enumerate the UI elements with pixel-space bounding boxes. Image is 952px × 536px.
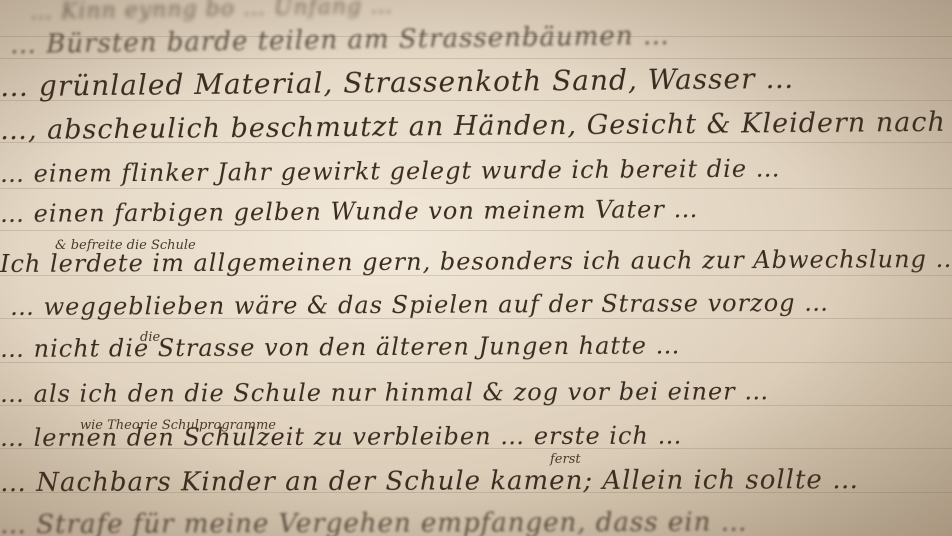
manuscript-line: … Strafe für meine Vergehen empfangen, d… [0, 507, 748, 536]
manuscript-line: … Nachbars Kinder an der Schule kamen; A… [0, 465, 859, 498]
ruled-line [0, 230, 952, 231]
manuscript-line: … einem flinker Jahr gewirkt gelegt wurd… [0, 155, 781, 188]
interlinear-note: die [140, 330, 160, 345]
interlinear-note: wie Theorie Schulprogramme [80, 418, 276, 433]
manuscript-line: … einen farbigen gelben Wunde von meinem… [0, 195, 699, 228]
manuscript-line: … weggeblieben wäre & das Spielen auf de… [10, 289, 829, 321]
interlinear-note: & befreite die Schule [55, 238, 196, 253]
ruled-line [0, 188, 952, 189]
manuscript-line: … als ich den die Schule nur hinmal & zo… [0, 377, 769, 408]
manuscript-line: … nicht die Strasse von den älteren Jung… [0, 331, 681, 363]
interlinear-note: ferst [550, 452, 581, 467]
